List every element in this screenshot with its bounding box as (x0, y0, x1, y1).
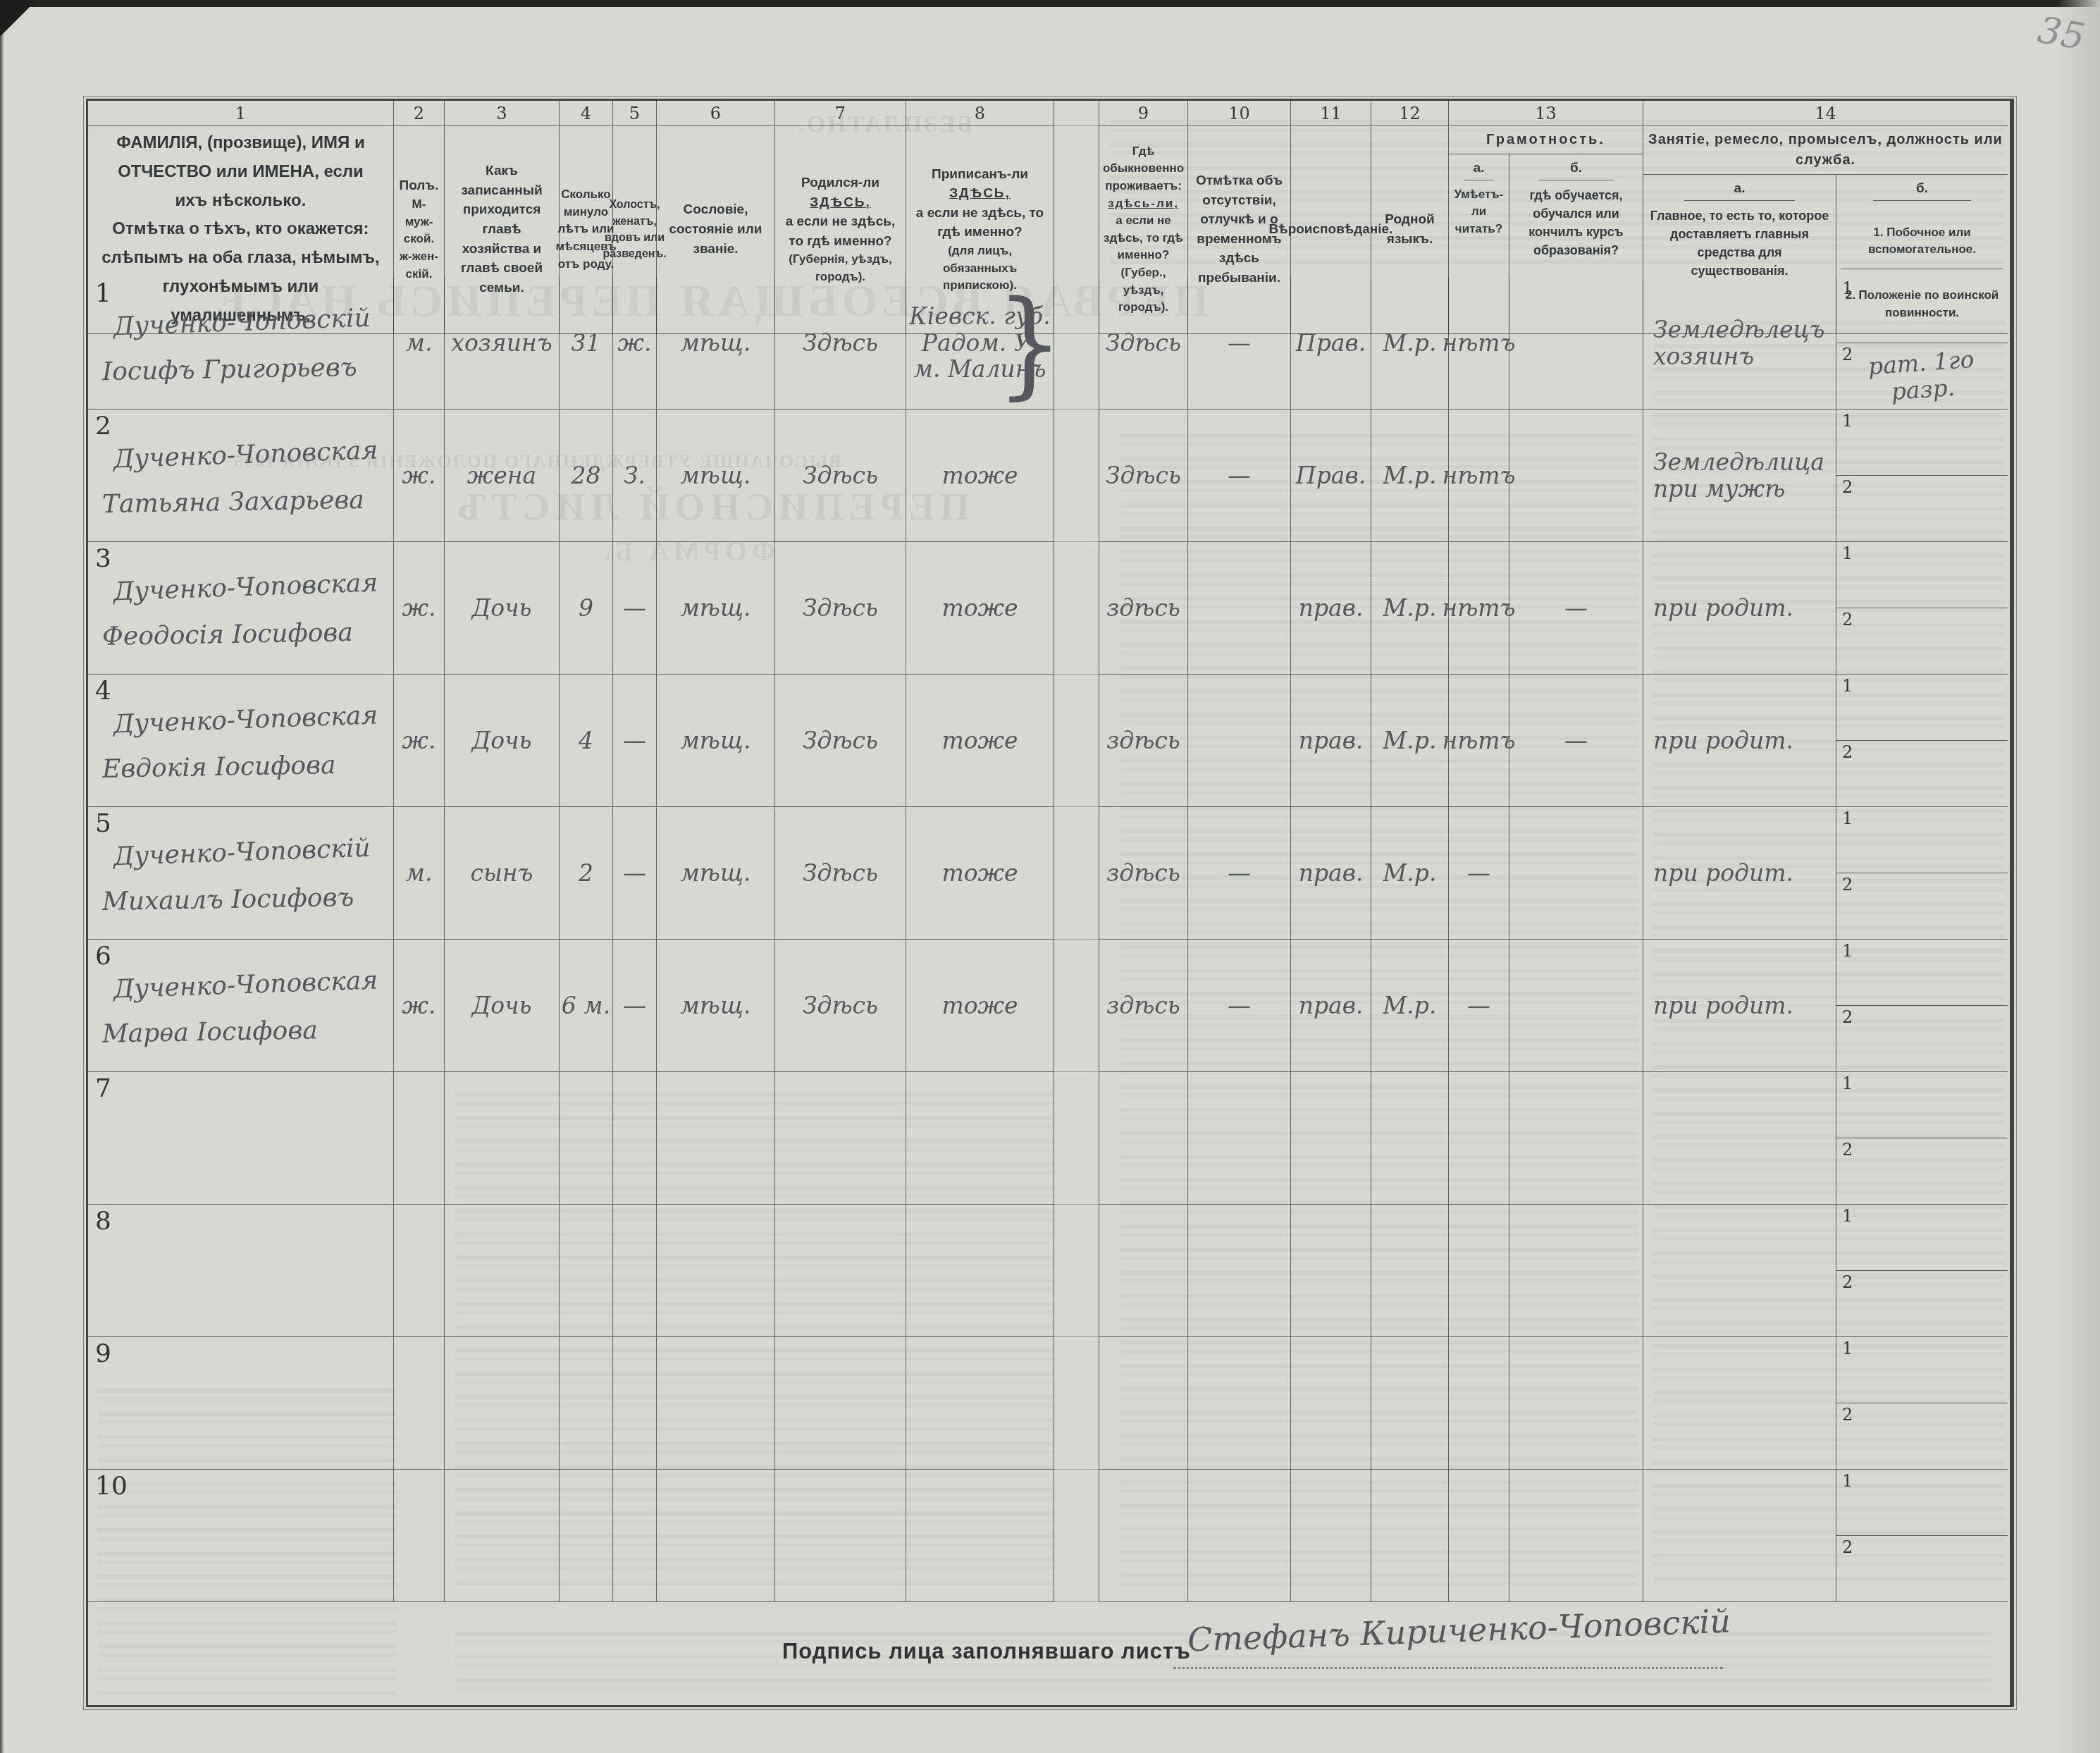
handwritten-entry: тоже (941, 595, 1018, 622)
gutter (1054, 807, 1099, 940)
cell-person-name: 8 (88, 1205, 394, 1337)
cell-occupation-main (1643, 1337, 1836, 1470)
handwritten-entry: — (623, 992, 646, 1019)
cell-birthplace: Здѣсь (775, 940, 906, 1072)
header-text: ЗДѢСЬ, (810, 195, 871, 210)
handwritten-entry: 9 (579, 595, 593, 622)
occupation-aux-sub2: 2 (1836, 1006, 2008, 1071)
cell-literacy-where (1509, 410, 1643, 542)
census-row: 5Дученко-ЧоповскійМихаилъ Іосифовъм.сынъ… (88, 807, 2010, 940)
cell-religion (1291, 1072, 1371, 1205)
cell-native-language: М.р. (1371, 542, 1449, 675)
cell-registration: тоже (906, 807, 1054, 940)
cell-literacy-read (1449, 1205, 1509, 1337)
cell-age: 9 (560, 542, 613, 675)
cell-sex (394, 1337, 445, 1470)
header-text: б. (1538, 159, 1613, 180)
handwritten-entry: жена (467, 462, 536, 489)
handwritten-entry: 6 м. (562, 992, 610, 1019)
cell-registration (906, 1470, 1054, 1602)
col-num: 12 (1371, 101, 1449, 126)
gutter (1054, 1072, 1099, 1205)
handwritten-entry: Дочь (471, 992, 531, 1019)
cell-estate: мѣщ. (657, 807, 775, 940)
col-num: 8 (906, 101, 1054, 126)
census-row: 712 (88, 1072, 2010, 1205)
col-num: 9 (1099, 101, 1188, 126)
cell-relation (445, 1470, 560, 1602)
cell-birthplace: Здѣсь (775, 410, 906, 542)
handwritten-entry: здѣсь (1106, 727, 1180, 754)
page-number: 35 (2034, 9, 2088, 59)
census-row: 1012 (88, 1470, 2010, 1602)
handwritten-entry: — (1467, 992, 1490, 1019)
cell-native-language: М.р. (1371, 940, 1449, 1072)
handwritten-entry: Здѣсь (1106, 330, 1181, 357)
cell-literacy-where (1509, 1470, 1643, 1602)
given-name-handwritten: Татьяна Захарьева (102, 486, 364, 519)
cell-religion: прав. (1291, 542, 1371, 675)
cell-religion: прав. (1291, 940, 1371, 1072)
sub-row-label: 1 (1842, 1206, 1853, 1226)
cell-literacy-read (1449, 1337, 1509, 1470)
cell-occupation-aux: 12 (1836, 675, 2008, 807)
cell-native-language (1371, 1337, 1449, 1470)
cell-sex: м. (394, 277, 445, 410)
col-num: 13 (1449, 101, 1643, 126)
gutter (1054, 1337, 1099, 1470)
cell-age: 2 (560, 807, 613, 940)
handwritten-entry: мѣщ. (681, 860, 751, 887)
cell-relation (445, 1337, 560, 1470)
handwritten-entry: — (1564, 595, 1588, 622)
cell-estate (657, 1337, 775, 1470)
cell-marital-status: — (613, 542, 657, 675)
handwritten-entry: ж. (402, 462, 436, 489)
cell-literacy-read: — (1449, 807, 1509, 940)
cell-age: 31 (560, 277, 613, 410)
census-table: 1 2 3 4 5 6 7 8 9 10 11 12 13 14 ФАМИЛІЯ… (86, 99, 2014, 1707)
cell-occupation-aux: 12 (1836, 410, 2008, 542)
cell-religion (1291, 1337, 1371, 1470)
cell-person-name: 1Дученко-ЧоповскійІосифъ Григорьевъ (88, 277, 394, 410)
handwritten-entry: Земледѣлецъ хозяинъ (1653, 316, 1825, 370)
table-rows: 1Дученко-ЧоповскійІосифъ Григорьевъм.хоз… (88, 277, 2010, 1602)
cell-occupation-main: при родит. (1643, 542, 1836, 675)
gutter (1054, 101, 1099, 126)
handwritten-entry: М.р. (1383, 330, 1437, 357)
col-num: 3 (445, 101, 560, 126)
cell-sex: м. (394, 807, 445, 940)
cell-occupation-aux: 12 (1836, 940, 2008, 1072)
cell-native-language (1371, 1205, 1449, 1337)
cell-relation: Дочь (445, 675, 560, 807)
handwritten-entry: здѣсь (1106, 992, 1180, 1019)
sub-row-label: 2 (1842, 1272, 1853, 1292)
col-num: 5 (613, 101, 657, 126)
cell-registration (906, 1205, 1054, 1337)
gutter (1054, 1205, 1099, 1337)
sub-row-label: 1 (1842, 1074, 1853, 1093)
cell-absence-note (1188, 1470, 1291, 1602)
handwritten-entry: ж. (402, 595, 436, 622)
cell-native-language (1371, 1072, 1449, 1205)
header-text: 1. Побочное или вспомогательное. (1841, 224, 2003, 269)
cell-absence-note (1188, 1072, 1291, 1205)
cell-occupation-main: Земледѣлецъ хозяинъ (1643, 277, 1836, 410)
occupation-aux-sub1: 1 (1836, 1337, 2008, 1403)
handwritten-entry: тоже (941, 992, 1018, 1019)
occupation-aux-sub1: 1 (1836, 940, 2008, 1006)
cell-person-name: 9 (88, 1337, 394, 1470)
cell-age (560, 1205, 613, 1337)
sub-row-label: 2 (1842, 742, 1853, 762)
gutter (1054, 675, 1099, 807)
handwritten-entry: Прав. (1296, 330, 1366, 357)
gutter (1054, 277, 1099, 410)
sub-row-label: 1 (1842, 543, 1853, 563)
cell-literacy-read (1449, 1470, 1509, 1602)
cell-age: 6 м. (560, 940, 613, 1072)
gutter (1054, 1470, 1099, 1602)
col-num: 1 (88, 101, 394, 126)
handwritten-entry: прав. (1299, 860, 1364, 887)
row-number: 6 (95, 944, 111, 969)
cell-registration: тоже (906, 675, 1054, 807)
given-name-handwritten: Михаилъ Іосифовъ (102, 883, 354, 917)
census-row: 4Дученко-ЧоповскаяЕвдокія Іосифоваж.Дочь… (88, 675, 2010, 807)
occupation-aux-sub1: 1 (1836, 675, 2008, 741)
cell-native-language: М.р. (1371, 675, 1449, 807)
handwritten-entry: М.р. (1383, 595, 1437, 622)
cell-occupation-aux: 12рат. 1го разр. (1836, 277, 2008, 410)
row-number: 9 (95, 1341, 111, 1367)
surname-handwritten: Дученко-Чоповскій (113, 834, 371, 872)
row-number: 1 (95, 281, 111, 307)
surname-handwritten: Дученко-Чоповская (113, 701, 378, 739)
cell-estate (657, 1205, 775, 1337)
table-header: ФАМИЛІЯ, (прозвище), ИМЯ и ОТЧЕСТВО или … (88, 126, 2010, 277)
surname-handwritten: Дученко-Чоповская (113, 966, 378, 1004)
handwritten-entry: тоже (941, 727, 1018, 754)
handwritten-entry: сынъ (470, 860, 533, 887)
handwritten-entry: — (1467, 860, 1490, 887)
cell-relation (445, 1072, 560, 1205)
cell-religion: прав. (1291, 675, 1371, 807)
cell-occupation-main (1643, 1072, 1836, 1205)
cell-person-name: 7 (88, 1072, 394, 1205)
cell-absence-note: — (1188, 277, 1291, 410)
header-text: Грамотность. (1449, 126, 1643, 154)
handwritten-brace: } (996, 276, 1063, 411)
census-row: 3Дученко-ЧоповскаяФеодосія Іосифоваж.Доч… (88, 542, 2010, 675)
header-text: здѣсь-ли, (1108, 195, 1179, 213)
header-text: а. (1684, 179, 1795, 201)
cell-marital-status (613, 1337, 657, 1470)
occupation-aux-sub2: 2 (1836, 1403, 2008, 1469)
handwritten-entry: мѣщ. (681, 462, 751, 489)
header-text: Умѣетъ-ли читать? (1453, 186, 1505, 238)
handwritten-entry: тоже (941, 860, 1018, 887)
col-num: 10 (1188, 101, 1291, 126)
scanned-census-sheet: 35 ПЕРВАЯ ВСЕОБЩАЯ ПЕРЕПИСЬ НАСЕ ВЫСОЧАЙ… (0, 0, 2100, 1753)
cell-relation: хозяинъ (445, 277, 560, 410)
cell-birthplace (775, 1072, 906, 1205)
cell-marital-status (613, 1470, 657, 1602)
sub-row-label: 1 (1842, 808, 1853, 828)
occupation-aux-sub1: 1 (1836, 410, 2008, 476)
handwritten-entry: прав. (1299, 992, 1364, 1019)
header-text: а. (1464, 159, 1495, 180)
cell-birthplace (775, 1470, 906, 1602)
cell-literacy-where (1509, 940, 1643, 1072)
cell-occupation-main: при родит. (1643, 940, 1836, 1072)
cell-literacy-read (1449, 1072, 1509, 1205)
cell-marital-status (613, 1072, 657, 1205)
cell-literacy-where (1509, 277, 1643, 410)
cell-person-name: 2Дученко-ЧоповскаяТатьяна Захарьева (88, 410, 394, 542)
handwritten-entry: Здѣсь (803, 462, 878, 489)
handwritten-entry: нѣтъ (1442, 727, 1515, 754)
occupation-aux-sub1: 1 (1836, 1470, 2008, 1536)
cell-occupation-aux: 12 (1836, 1072, 2008, 1205)
handwritten-entry: Дочь (471, 727, 531, 754)
cell-absence-note (1188, 542, 1291, 675)
col-num: 7 (775, 101, 906, 126)
cell-residence: здѣсь (1099, 542, 1188, 675)
header-text: ФАМИЛІЯ, (прозвище), ИМЯ и ОТЧЕСТВО или … (101, 129, 381, 215)
handwritten-entry: З. (624, 462, 646, 489)
handwritten-entry: — (623, 860, 646, 887)
col-num: 2 (394, 101, 445, 126)
census-row: 912 (88, 1337, 2010, 1470)
sub-row-label: 1 (1842, 1471, 1853, 1491)
cell-registration: тоже (906, 410, 1054, 542)
handwritten-entry: мѣщ. (681, 595, 751, 622)
cell-absence-note: — (1188, 807, 1291, 940)
census-row: 6Дученко-ЧоповскаяМарѳа Іосифоваж.Дочь6 … (88, 940, 2010, 1072)
gutter (1054, 940, 1099, 1072)
handwritten-entry: прав. (1299, 727, 1364, 754)
cell-relation: сынъ (445, 807, 560, 940)
sub-row-label: 1 (1842, 1339, 1853, 1358)
sub-row-label: 2 (1842, 477, 1853, 497)
sub-row-label: 2 (1842, 1007, 1853, 1027)
cell-occupation-main (1643, 1205, 1836, 1337)
handwritten-entry: при родит. (1653, 860, 1793, 887)
cell-estate (657, 1470, 775, 1602)
given-name-handwritten: Феодосія Іосифова (102, 618, 353, 652)
scan-right-shade (2058, 0, 2100, 1753)
handwritten-entry: — (623, 727, 646, 754)
cell-occupation-main (1643, 1470, 1836, 1602)
cell-marital-status: — (613, 940, 657, 1072)
cell-birthplace (775, 1205, 906, 1337)
handwritten-entry: ж. (617, 330, 651, 357)
cell-occupation-aux: 12 (1836, 542, 2008, 675)
sub-row-label: 1 (1842, 278, 1853, 298)
sub-row-label: 2 (1842, 1537, 1853, 1557)
cell-religion: Прав. (1291, 277, 1371, 410)
cell-residence: здѣсь (1099, 940, 1188, 1072)
row-number: 8 (95, 1209, 111, 1234)
cell-person-name: 6Дученко-ЧоповскаяМарѳа Іосифова (88, 940, 394, 1072)
row-number: 10 (95, 1474, 128, 1499)
cell-age: 4 (560, 675, 613, 807)
cell-birthplace: Здѣсь (775, 542, 906, 675)
handwritten-entry: рат. 1го разр. (1841, 344, 2004, 409)
cell-absence-note: — (1188, 940, 1291, 1072)
cell-estate: мѣщ. (657, 675, 775, 807)
cell-registration: Кіевск. губ. Радом. У. м. Малинъ} (906, 277, 1054, 410)
row-number: 2 (95, 414, 111, 439)
handwritten-entry: М.р. (1383, 992, 1437, 1019)
handwritten-entry: Здѣсь (803, 860, 878, 887)
header-text: Родился-ли (801, 176, 879, 190)
cell-literacy-where: — (1509, 675, 1643, 807)
cell-residence: здѣсь (1099, 807, 1188, 940)
given-name-handwritten: Евдокія Іосифова (102, 751, 336, 785)
column-number-strip: 1 2 3 4 5 6 7 8 9 10 11 12 13 14 (88, 101, 2010, 126)
cell-residence (1099, 1205, 1188, 1337)
cell-religion (1291, 1470, 1371, 1602)
header-text: ЗДѢСЬ, (949, 186, 1011, 201)
row-number: 7 (95, 1076, 111, 1102)
scan-edge-left (0, 0, 4, 1753)
handwritten-entry: — (1228, 860, 1251, 887)
cell-literacy-where (1509, 1205, 1643, 1337)
cell-birthplace (775, 1337, 906, 1470)
cell-literacy-read: — (1449, 940, 1509, 1072)
header-text: Полъ. (400, 176, 439, 196)
cell-absence-note: — (1188, 410, 1291, 542)
cell-estate: мѣщ. (657, 542, 775, 675)
cell-literacy-where (1509, 1072, 1643, 1205)
header-text: Родной языкъ. (1376, 210, 1444, 249)
handwritten-entry: тоже (941, 462, 1018, 489)
census-row: 812 (88, 1205, 2010, 1337)
handwritten-entry: М.р. (1383, 860, 1437, 887)
signature-value: Стефанъ Кириченко-Чоповскій (1187, 1603, 1731, 1659)
handwritten-entry: Земледѣлица при мужѣ (1653, 449, 1824, 503)
cell-estate (657, 1072, 775, 1205)
cell-age (560, 1337, 613, 1470)
occupation-aux-sub2: 2 (1836, 741, 2008, 806)
occupation-aux-sub1: 1 (1836, 807, 2008, 873)
cell-literacy-where (1509, 807, 1643, 940)
handwritten-entry: прав. (1299, 595, 1364, 622)
cell-occupation-aux: 12 (1836, 807, 2008, 940)
cell-literacy-where: — (1509, 542, 1643, 675)
handwritten-entry: хозяинъ (451, 330, 552, 357)
handwritten-entry: Здѣсь (803, 727, 878, 754)
handwritten-entry: — (1228, 992, 1251, 1019)
surname-handwritten: Дученко-Чоповскій (113, 304, 371, 342)
row-number: 4 (95, 679, 111, 704)
census-row: 1Дученко-ЧоповскійІосифъ Григорьевъм.хоз… (88, 277, 2010, 410)
cell-sex (394, 1072, 445, 1205)
occupation-aux-sub1: 1 (1836, 1205, 2008, 1271)
occupation-aux-sub1: 1 (1836, 542, 2008, 608)
occupation-aux-sub2: 2 (1836, 1271, 2008, 1336)
header-text: Гдѣ обыкновенно проживаетъ: (1103, 143, 1184, 195)
handwritten-entry: 31 (572, 330, 601, 357)
occupation-aux-sub1: 1 (1836, 277, 2008, 343)
sub-row-label: 2 (1842, 610, 1853, 629)
header-text: б. (1873, 179, 1971, 201)
handwritten-entry: 28 (572, 462, 601, 489)
cell-marital-status: — (613, 675, 657, 807)
handwritten-entry: — (1564, 727, 1588, 754)
header-text: Занятіе, ремесло, промыселъ, должность и… (1643, 126, 2008, 175)
cell-residence (1099, 1072, 1188, 1205)
handwritten-entry: нѣтъ (1442, 462, 1515, 489)
cell-estate: мѣщ. (657, 940, 775, 1072)
cell-registration (906, 1337, 1054, 1470)
cell-residence (1099, 1337, 1188, 1470)
scan-edge-top (0, 0, 2100, 7)
scan-corner-shadow (0, 0, 37, 37)
cell-sex: ж. (394, 675, 445, 807)
handwritten-entry: Здѣсь (1106, 462, 1181, 489)
handwritten-entry: Здѣсь (803, 595, 878, 622)
cell-literacy-read: нѣтъ (1449, 410, 1509, 542)
handwritten-entry: — (1228, 330, 1251, 357)
cell-sex: ж. (394, 410, 445, 542)
handwritten-entry: — (623, 595, 646, 622)
handwritten-entry: нѣтъ (1442, 330, 1515, 357)
surname-handwritten: Дученко-Чоповская (113, 568, 378, 606)
handwritten-entry: нѣтъ (1442, 595, 1515, 622)
occupation-aux-sub2: 2рат. 1го разр. (1836, 343, 2008, 409)
row-number: 5 (95, 811, 111, 837)
cell-estate: мѣщ. (657, 277, 775, 410)
occupation-aux-sub2: 2 (1836, 873, 2008, 939)
header-text: М-муж-ской. (398, 196, 440, 248)
cell-occupation-main: при родит. (1643, 675, 1836, 807)
cell-sex: ж. (394, 542, 445, 675)
occupation-aux-sub2: 2 (1836, 1536, 2008, 1601)
signature-area: Подпись лица заполнявшаго листъ Стефанъ … (88, 1599, 2010, 1705)
sub-row-label: 2 (1842, 1405, 1853, 1425)
cell-native-language: М.р. (1371, 807, 1449, 940)
cell-person-name: 5Дученко-ЧоповскійМихаилъ Іосифовъ (88, 807, 394, 940)
cell-sex: ж. (394, 940, 445, 1072)
cell-religion: прав. (1291, 807, 1371, 940)
cell-literacy-read: нѣтъ (1449, 277, 1509, 410)
sub-row-label: 2 (1842, 1140, 1853, 1160)
occupation-aux-sub2: 2 (1836, 476, 2008, 541)
handwritten-entry: при родит. (1653, 992, 1793, 1019)
gutter (1054, 542, 1099, 675)
cell-literacy-read: нѣтъ (1449, 675, 1509, 807)
gutter (1054, 410, 1099, 542)
header-text: а если не здѣсь, то гдѣ именно? (910, 204, 1049, 242)
cell-registration: тоже (906, 940, 1054, 1072)
handwritten-entry: Здѣсь (803, 992, 878, 1019)
handwritten-entry: Дочь (471, 595, 531, 622)
col-num: 4 (560, 101, 613, 126)
census-row: 2Дученко-ЧоповскаяТатьяна Захарьеваж.жен… (88, 410, 2010, 542)
cell-birthplace: Здѣсь (775, 277, 906, 410)
cell-marital-status: З. (613, 410, 657, 542)
header-text: а если не здѣсь, то гдѣ именно? (1104, 212, 1183, 264)
handwritten-entry: м. (406, 330, 433, 357)
cell-age: 28 (560, 410, 613, 542)
handwritten-entry: М.р. (1383, 462, 1437, 489)
cell-residence: Здѣсь (1099, 277, 1188, 410)
cell-literacy-where (1509, 1337, 1643, 1470)
